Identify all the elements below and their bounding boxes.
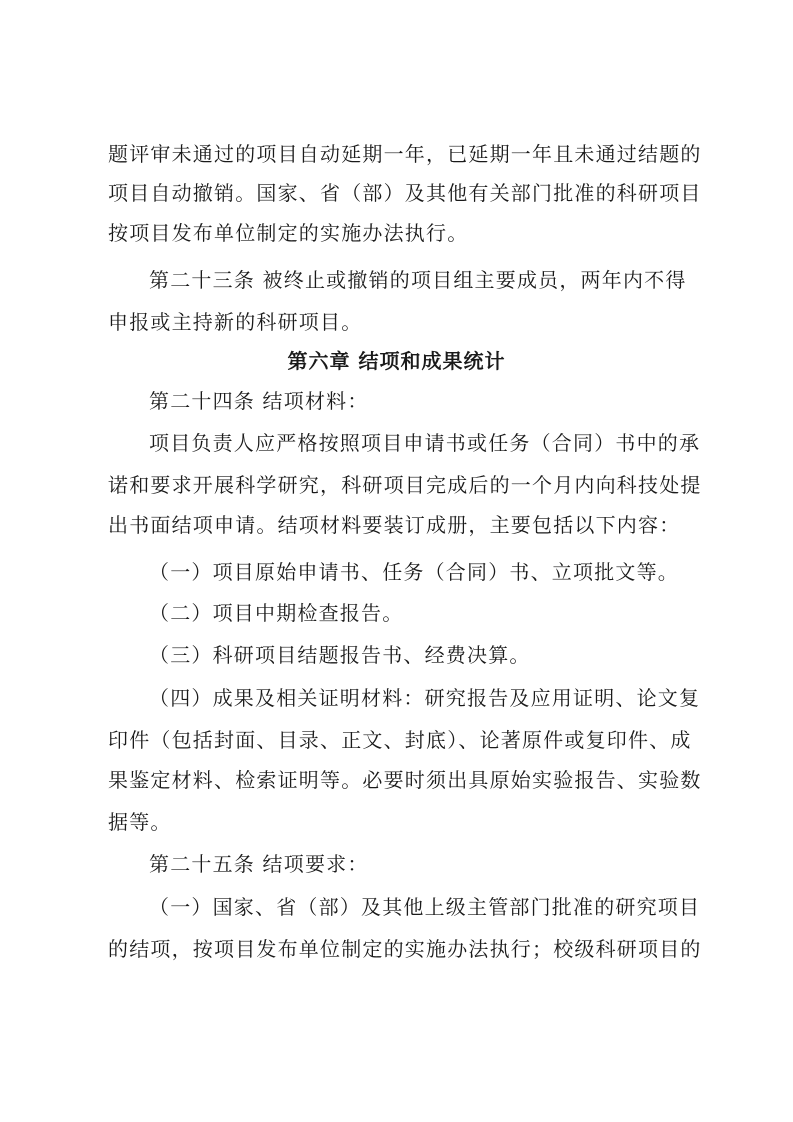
paragraph-line: 题评审未通过的项目自动延期一年，已延期一年且未通过结题的 [108, 142, 708, 166]
paragraph-line: 项目自动撤销。国家、省（部）及其他有关部门批准的科研项目 [108, 181, 708, 205]
paragraph-line: 申报或主持新的科研项目。 [108, 310, 708, 334]
chapter-heading: 第六章 结项和成果统计 [0, 349, 793, 373]
paragraph-line: 诺和要求开展科学研究，科研项目完成后的一个月内向科技处提 [108, 473, 708, 497]
article-23-line: 第二十三条 被终止或撤销的项目组主要成员，两年内不得 [149, 268, 749, 292]
paragraph-line: 项目负责人应严格按照项目申请书或任务（合同）书中的承 [149, 431, 749, 455]
paragraph-line: 据等。 [108, 810, 708, 834]
list-item-3: （三）科研项目结题报告书、经费决算。 [149, 643, 749, 667]
article-25-line: 第二十五条 结项要求： [149, 852, 749, 876]
article-24-line: 第二十四条 结项材料： [149, 389, 749, 413]
list-item-4: （四）成果及相关证明材料：研究报告及应用证明、论文复 [149, 686, 749, 710]
document-page: 题评审未通过的项目自动延期一年，已延期一年且未通过结题的 项目自动撤销。国家、省… [0, 0, 793, 1122]
list-item-1: （一）国家、省（部）及其他上级主管部门批准的研究项目 [149, 895, 749, 919]
paragraph-line: 按项目发布单位制定的实施办法执行。 [108, 221, 708, 245]
list-item-1: （一）项目原始申请书、任务（合同）书、立项批文等。 [149, 560, 749, 584]
list-item-2: （二）项目中期检查报告。 [149, 601, 749, 625]
paragraph-line: 出书面结项申请。结项材料要装订成册，主要包括以下内容： [108, 513, 708, 537]
paragraph-line: 果鉴定材料、检索证明等。必要时须出具原始实验报告、实验数 [108, 768, 708, 792]
paragraph-line: 的结项，按项目发布单位制定的实施办法执行；校级科研项目的 [108, 937, 708, 961]
paragraph-line: 印件（包括封面、目录、正文、封底）、论著原件或复印件、成 [108, 728, 708, 752]
